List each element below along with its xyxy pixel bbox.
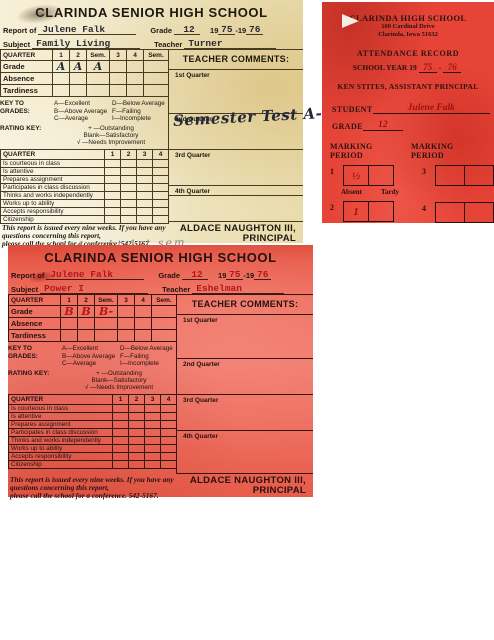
table-cell (145, 429, 161, 437)
school-title: CLARINDA SENIOR HIGH SCHOOL (8, 245, 313, 264)
table-cell (152, 330, 177, 342)
conduct-table: QUARTER1234Is courteous in classIs atten… (0, 149, 168, 223)
table-row-label: Absence (9, 318, 61, 330)
table-header-cell: 4 (153, 150, 169, 160)
teacher-comments-title: TEACHER COMMENTS: (177, 295, 313, 315)
table-cell (144, 73, 169, 85)
table-cell (135, 306, 152, 318)
student-label: STUDENT (332, 105, 373, 114)
table-cell (113, 429, 129, 437)
grade-value: 12 (182, 270, 208, 280)
key-line: C—Average (54, 115, 112, 123)
table-cell (137, 168, 153, 176)
key-to-grades-label: KEY TO GRADES: (0, 100, 54, 123)
marking-period-label: MARKING PERIOD (411, 143, 494, 160)
key-to-grades-label: KEY TO GRADES: (8, 345, 62, 368)
table-row-label: Is attentive (9, 413, 113, 421)
conduct-table: QUARTER1234Is courteous in classIs atten… (8, 394, 176, 468)
table-cell (137, 176, 153, 184)
comments-q4: 4th Quarter (169, 186, 303, 196)
footer-notice: This report is issued every nine weeks. … (10, 476, 190, 500)
table-row-label: Works up to ability (1, 200, 105, 208)
report-header: Report of Julene Falk Grade 12 19 75 -19… (0, 19, 303, 49)
year-mid: -19 (235, 26, 246, 35)
comments-q3: 3rd Quarter (177, 395, 313, 431)
grades-table: QUARTER12Sem.34Sem.GradeBBB-AbsenceTardi… (8, 294, 176, 342)
table-cell (78, 318, 95, 330)
table-row-label: Accepts responsibility (1, 208, 105, 216)
comments-q1: 1st Quarter (177, 315, 313, 359)
assistant-principal: KEN STITES, ASSISTANT PRINCIPAL (322, 82, 494, 91)
table-header-cell: 1 (53, 50, 70, 61)
rating-key-lines: + —OutstandingBlank—Satisfactory√ —Needs… (54, 125, 168, 147)
year-end-value: 76 (254, 270, 271, 280)
table-cell (145, 405, 161, 413)
table-cell (129, 437, 145, 445)
grade-line: GRADE 12 (332, 120, 490, 131)
table-cell (70, 73, 87, 85)
table-cell (105, 168, 121, 176)
student-name-value: Julene Falk (38, 25, 136, 35)
subject-value: Power I (40, 284, 148, 294)
table-cell: B (61, 306, 78, 318)
key-line: B—Above Average (54, 108, 112, 116)
table-cell (127, 73, 144, 85)
teacher-comments-panel: TEACHER COMMENTS: 1st Quarter 2nd Quarte… (176, 294, 313, 474)
table-cell (153, 192, 169, 200)
table-cell (129, 445, 145, 453)
table-row-label: Grade (9, 306, 61, 318)
table-header-cell: 3 (110, 50, 127, 61)
table-cell (113, 405, 129, 413)
table-cell (87, 85, 110, 97)
table-cell (53, 73, 70, 85)
table-cell (144, 85, 169, 97)
table-header-cell: 1 (113, 395, 129, 405)
table-header-cell: 2 (70, 50, 87, 61)
key-line: D—Below Average (112, 100, 168, 108)
tardy-box-4 (464, 202, 494, 223)
table-header-cell: QUARTER (1, 150, 105, 160)
table-cell (129, 429, 145, 437)
table-header-cell: Sem. (87, 50, 110, 61)
table-cell (113, 445, 129, 453)
table-cell (129, 421, 145, 429)
key-line: C—Average (62, 360, 120, 368)
table-row-label: Is courteous in class (9, 405, 113, 413)
rating-key-label: RATING KEY: (8, 370, 62, 392)
table-header-cell: 4 (135, 295, 152, 306)
table-header-cell: Sem. (152, 295, 177, 306)
grade-label: Grade (150, 26, 172, 35)
table-cell (145, 445, 161, 453)
table-header-cell: 3 (137, 150, 153, 160)
table-cell (105, 160, 121, 168)
table-cell: A (87, 61, 110, 73)
year-prefix: 19 (210, 26, 218, 35)
table-cell (137, 200, 153, 208)
table-cell (145, 437, 161, 445)
table-cell (153, 176, 169, 184)
marking-periods: MARKING PERIOD 1 ½ Absent Tardy 2 1 (330, 143, 494, 223)
attendance-title: ATTENDANCE RECORD (322, 49, 494, 58)
table-cell (95, 318, 118, 330)
table-header-cell: QUARTER (9, 295, 61, 306)
table-cell (153, 168, 169, 176)
comments-q3: 3rd Quarter (169, 150, 303, 186)
scanned-page: CLARINDA SENIOR HIGH SCHOOL Report of Ju… (0, 0, 494, 640)
table-cell (161, 405, 177, 413)
table-cell (110, 73, 127, 85)
key-line: F—Failing (120, 353, 176, 361)
school-year-start: 75 (419, 63, 437, 73)
table-cell (144, 61, 169, 73)
period-4: 4 (422, 202, 494, 223)
year-mid: -19 (243, 271, 254, 280)
table-cell (78, 330, 95, 342)
table-row-label: Works up to ability (9, 445, 113, 453)
table-cell (87, 73, 110, 85)
key-line: I—Incomplete (120, 360, 176, 368)
table-row-label: Is courteous in class (1, 160, 105, 168)
table-header-cell: Sem. (95, 295, 118, 306)
table-cell (121, 208, 137, 216)
table-cell (121, 168, 137, 176)
table-cell (161, 421, 177, 429)
key-line: + —Outstanding (54, 125, 168, 132)
table-row-label: Accepts responsibility (9, 453, 113, 461)
comments-q4: 4th Quarter (177, 431, 313, 473)
grade-value: 12 (363, 120, 403, 131)
table-cell (61, 318, 78, 330)
table-row-label: Prepares assignment (9, 421, 113, 429)
table-header-cell: 4 (127, 50, 144, 61)
teacher-value: Eshelman (192, 284, 284, 294)
table-row-label: Tardiness (9, 330, 61, 342)
table-row-label: Prepares assignment (1, 176, 105, 184)
table-cell (121, 176, 137, 184)
table-row-label: Participates in class discussion (9, 429, 113, 437)
subject-label: Subject (3, 40, 30, 49)
table-cell (153, 200, 169, 208)
table-cell (105, 208, 121, 216)
key-to-grades: KEY TO GRADES: A—ExcellentB—Above Averag… (8, 345, 176, 368)
rating-key-lines: + —OutstandingBlank—Satisfactory√ —Needs… (62, 370, 176, 392)
absent-box-4 (435, 202, 465, 223)
table-cell (161, 461, 177, 469)
key-line: D—Below Average (120, 345, 176, 353)
student-name-value: Julene Falk (46, 270, 144, 280)
table-row-label: Absence (1, 73, 53, 85)
table-cell (161, 429, 177, 437)
table-cell (127, 85, 144, 97)
absent-box-3 (435, 165, 465, 186)
table-cell (137, 192, 153, 200)
table-cell (113, 421, 129, 429)
table-cell (129, 413, 145, 421)
key-column-2: D—Below AverageF—FailingI—Incomplete (112, 100, 168, 123)
table-cell: A (53, 61, 70, 73)
teacher-value: Turner (184, 39, 276, 49)
table-cell (129, 461, 145, 469)
report-of-label: Report of (3, 26, 36, 35)
table-cell (70, 85, 87, 97)
table-cell (161, 413, 177, 421)
table-cell (137, 208, 153, 216)
absent-box-2: 1 (343, 201, 369, 222)
report-footer: This report is issued every nine weeks. … (8, 474, 313, 500)
address-line-2: Clarinda, Iowa 51632 (322, 31, 494, 39)
table-cell (137, 184, 153, 192)
grade-label: Grade (158, 271, 180, 280)
absent-box-1: ½ (343, 165, 369, 186)
table-header-cell: 2 (129, 395, 145, 405)
tardy-box-2 (368, 201, 394, 222)
rating-key: RATING KEY: + —OutstandingBlank—Satisfac… (8, 370, 176, 392)
table-cell (61, 330, 78, 342)
table-cell (152, 306, 177, 318)
table-row-label: Thinks and works independently (9, 437, 113, 445)
table-cell (118, 330, 135, 342)
table-cell (121, 200, 137, 208)
table-cell (105, 184, 121, 192)
white-arrow-artifact (342, 14, 359, 28)
key-line: I—Incomplete (112, 115, 168, 123)
table-header-cell: 4 (161, 395, 177, 405)
table-cell (153, 208, 169, 216)
key-line: + —Outstanding (62, 370, 176, 377)
table-cell: A (70, 61, 87, 73)
key-line: Blank—Satisfactory (54, 132, 168, 139)
table-cell (105, 176, 121, 184)
table-cell (129, 453, 145, 461)
table-cell: B- (95, 306, 118, 318)
table-cell (53, 85, 70, 97)
table-header-cell: 3 (145, 395, 161, 405)
table-cell (121, 184, 137, 192)
table-header-cell: 2 (121, 150, 137, 160)
student-line: STUDENT Julene Falk (332, 103, 490, 114)
table-cell (135, 318, 152, 330)
principal-signature: ALDACE NAUGHTON III, PRINCIPAL (190, 476, 310, 500)
attendance-card: CLARINDA HIGH SCHOOL 100 Cardinal Drive … (322, 2, 494, 223)
grades-table: QUARTER12Sem.34Sem.GradeAAAAbsenceTardin… (0, 49, 168, 97)
teacher-label: Teacher (154, 40, 182, 49)
table-cell: B (78, 306, 95, 318)
table-row-label: Is attentive (1, 168, 105, 176)
table-row-label: Grade (1, 61, 53, 73)
key-column-2: D—Below AverageF—FailingI—Incomplete (120, 345, 176, 368)
rating-key: RATING KEY: + —OutstandingBlank—Satisfac… (0, 125, 168, 147)
key-line: A—Excellent (54, 100, 112, 108)
school-year-end: 76 (443, 63, 461, 73)
key-line: √ —Needs Improvement (62, 384, 176, 391)
marking-period-left-column: MARKING PERIOD 1 ½ Absent Tardy 2 1 (330, 143, 411, 223)
table-cell (145, 453, 161, 461)
tardy-box-1 (368, 165, 394, 186)
key-line: F—Failing (112, 108, 168, 116)
table-cell (161, 437, 177, 445)
grades-column: QUARTER12Sem.34Sem.GradeBBB-AbsenceTardi… (8, 294, 176, 474)
teacher-comments-title: TEACHER COMMENTS: (169, 50, 303, 70)
grades-column: QUARTER12Sem.34Sem.GradeAAAAbsenceTardin… (0, 49, 168, 222)
tardy-box-3 (464, 165, 494, 186)
table-header-cell: 1 (105, 150, 121, 160)
table-cell (161, 445, 177, 453)
table-header-cell: Sem. (144, 50, 169, 61)
school-year-label: SCHOOL YEAR 19 (353, 63, 417, 72)
year-prefix: 19 (218, 271, 226, 280)
table-cell (113, 461, 129, 469)
table-cell (105, 192, 121, 200)
table-cell (129, 405, 145, 413)
subject-value: Family Living (32, 39, 140, 49)
table-row-label: Participates in class discussion (1, 184, 105, 192)
period-1: 1 ½ (330, 165, 411, 186)
table-cell (161, 453, 177, 461)
table-cell (153, 160, 169, 168)
table-cell (121, 160, 137, 168)
key-line: B—Above Average (62, 353, 120, 361)
school-year-line: SCHOOL YEAR 1975-76 (322, 63, 494, 73)
period-3: 3 (422, 165, 494, 186)
table-row-label: Citizenship (9, 461, 113, 469)
year-dash: - (439, 63, 442, 72)
table-cell (113, 437, 129, 445)
marking-period-label: MARKING PERIOD (330, 143, 411, 160)
table-cell (110, 61, 127, 73)
table-header-cell: QUARTER (9, 395, 113, 405)
table-header-cell: QUARTER (1, 50, 53, 61)
report-card-power: CLARINDA SENIOR HIGH SCHOOL Report of Ju… (8, 245, 313, 497)
table-cell (137, 160, 153, 168)
key-column-1: A—ExcellentB—Above AverageC—Average (54, 100, 112, 123)
table-cell (113, 453, 129, 461)
grade-label: GRADE (332, 122, 363, 131)
table-cell (113, 413, 129, 421)
table-row-label: Tardiness (1, 85, 53, 97)
table-header-cell: 2 (78, 295, 95, 306)
grade-value: 12 (174, 25, 200, 35)
table-header-cell: 1 (61, 295, 78, 306)
teacher-comments-panel: TEACHER COMMENTS: 1st Quarter 2nd Quarte… (168, 49, 303, 222)
year-start-value: 75 (218, 25, 235, 35)
subject-label: Subject (11, 285, 38, 294)
table-row-label: Thinks and works independently (1, 192, 105, 200)
report-card-family-living: CLARINDA SENIOR HIGH SCHOOL Report of Ju… (0, 0, 303, 243)
table-cell (118, 306, 135, 318)
table-cell (153, 184, 169, 192)
absent-tardy-labels: Absent Tardy (341, 188, 399, 196)
key-line: √ —Needs Improvement (54, 139, 168, 146)
student-name-value: Julene Falk (373, 103, 490, 114)
table-cell (110, 85, 127, 97)
table-header-cell: 3 (118, 295, 135, 306)
period-2: 2 1 (330, 201, 411, 222)
year-end-value: 76 (246, 25, 263, 35)
key-column-1: A—ExcellentB—Above AverageC—Average (62, 345, 120, 368)
table-cell (145, 413, 161, 421)
table-cell (121, 192, 137, 200)
table-cell (145, 421, 161, 429)
key-line: A—Excellent (62, 345, 120, 353)
comments-q2: 2nd Quarter (177, 359, 313, 395)
table-cell (105, 200, 121, 208)
table-cell (145, 461, 161, 469)
year-start-value: 75 (226, 270, 243, 280)
table-cell (135, 330, 152, 342)
table-cell (95, 330, 118, 342)
key-to-grades: KEY TO GRADES: A—ExcellentB—Above Averag… (0, 100, 168, 123)
table-cell (118, 318, 135, 330)
teacher-label: Teacher (162, 285, 190, 294)
table-cell (152, 318, 177, 330)
rating-key-label: RATING KEY: (0, 125, 54, 147)
table-cell (127, 61, 144, 73)
marking-period-right-column: MARKING PERIOD 3 4 (411, 143, 494, 223)
key-line: Blank—Satisfactory (62, 377, 176, 384)
